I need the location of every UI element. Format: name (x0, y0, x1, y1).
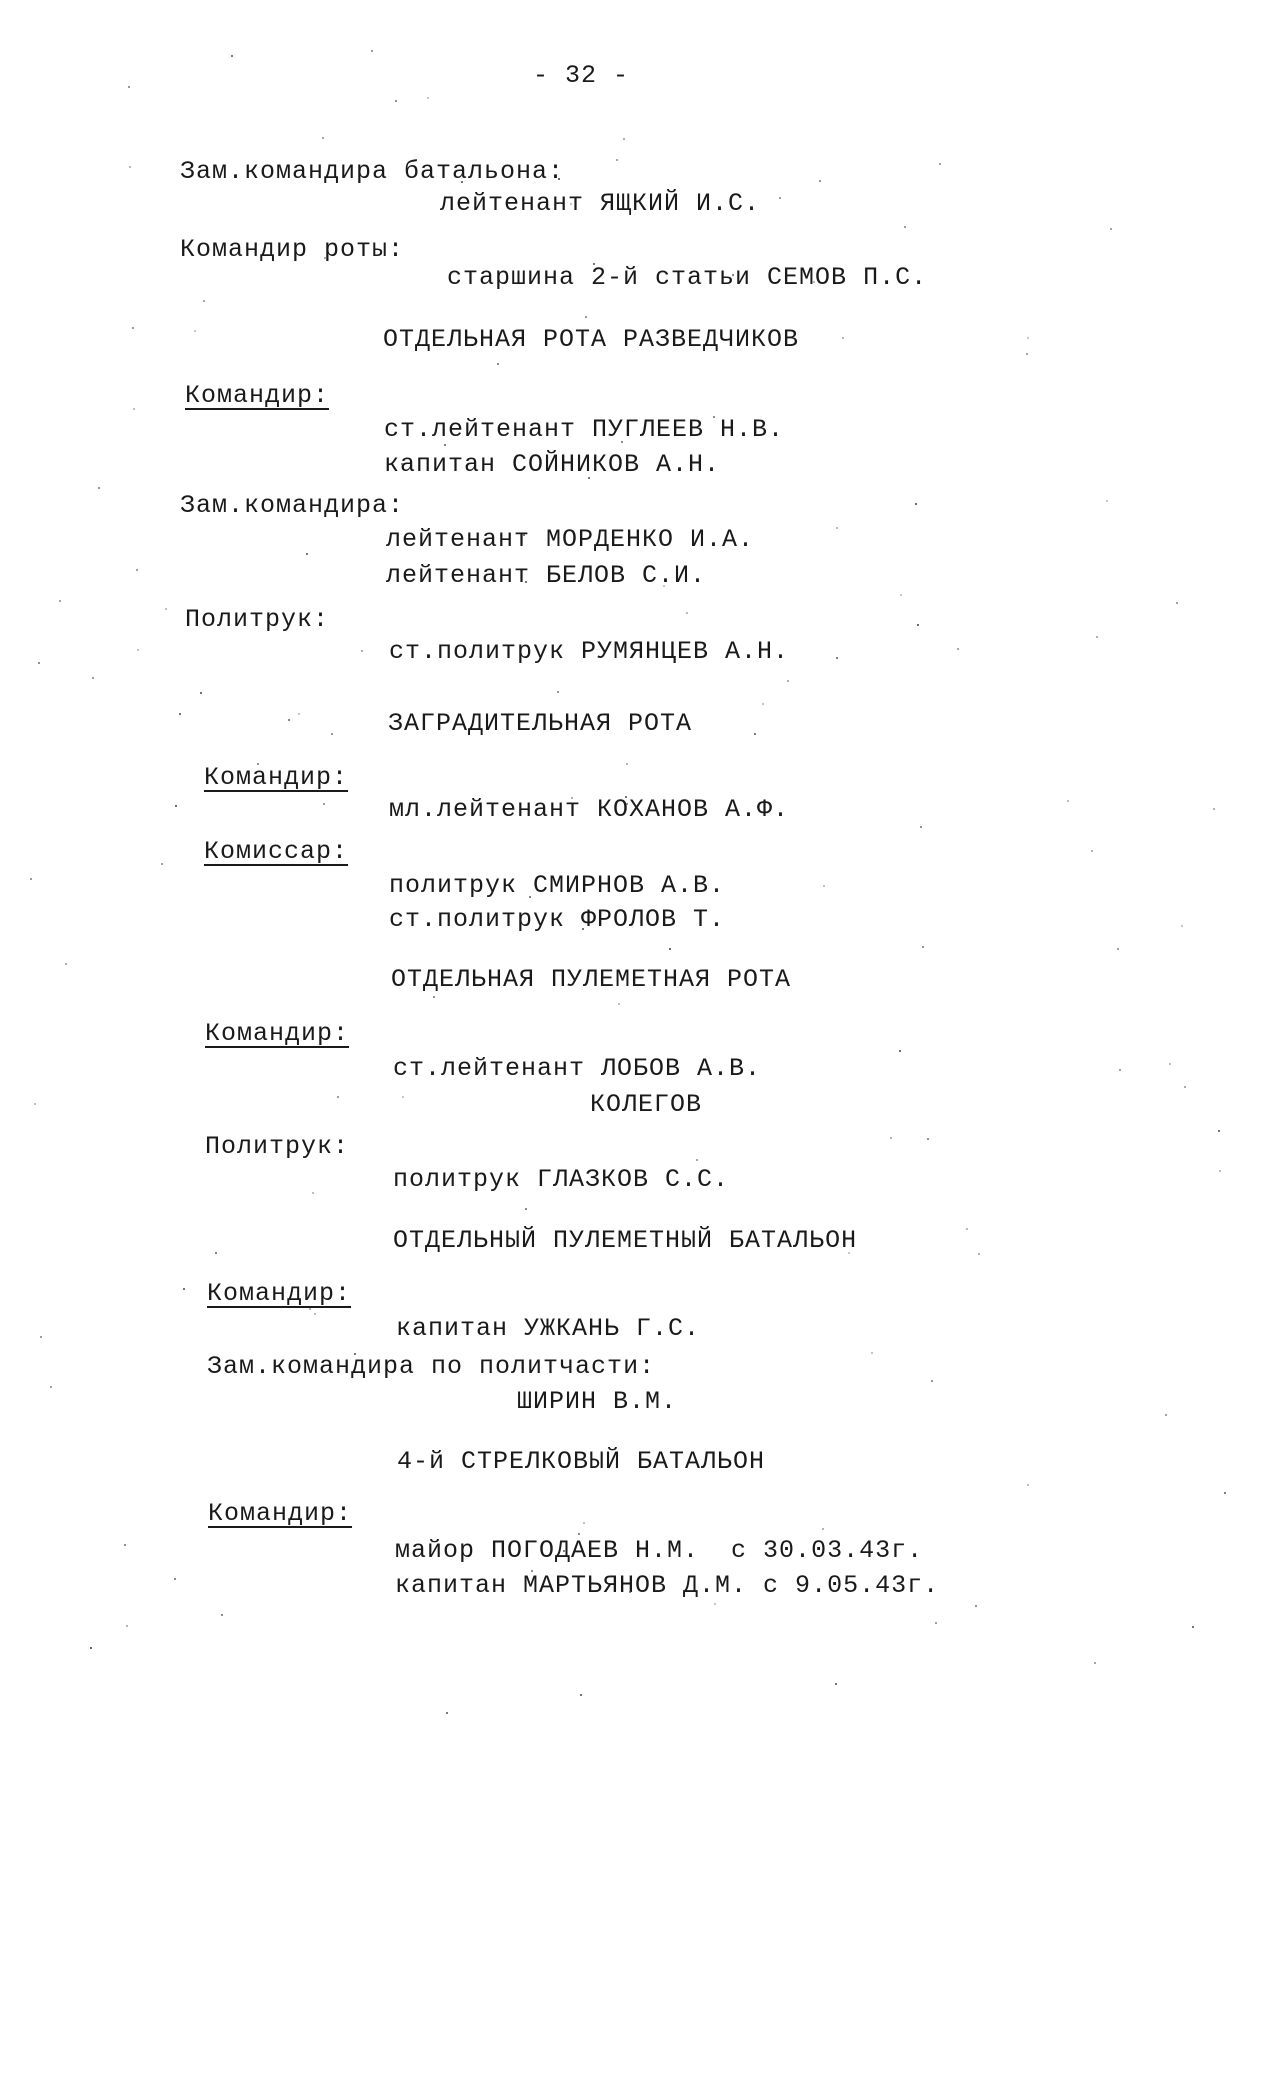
scan-speck (395, 100, 397, 102)
scan-speck (899, 1050, 901, 1052)
scan-speck (563, 1550, 565, 1552)
mg-company-commander-1: ст.лейтенант ЛОБОВ А.В. (393, 1055, 761, 1083)
scan-speck (732, 274, 734, 276)
scan-speck (787, 680, 789, 682)
scan-speck (570, 203, 572, 205)
scan-speck (1213, 808, 1215, 810)
section-title-recon-company: ОТДЕЛЬНАЯ РОТА РАЗВЕДЧИКОВ (383, 326, 799, 354)
scan-speck (1169, 1063, 1171, 1065)
scan-speck (623, 138, 625, 140)
scan-speck (939, 163, 941, 165)
recon-politruk-label: Политрук: (185, 606, 329, 634)
recon-deputy-2: лейтенант БЕЛОВ С.И. (386, 562, 706, 590)
section-title-rifle-battalion-4: 4-й СТРЕЛКОВЫЙ БАТАЛЬОН (397, 1448, 765, 1476)
scan-speck (626, 803, 628, 805)
mg-company-commander-label: Командир: (205, 1020, 349, 1048)
scan-speck (578, 1533, 580, 1535)
scan-speck (433, 996, 435, 998)
scan-speck (822, 1528, 824, 1530)
deputy-battalion-name: лейтенант ЯЩКИЙ И.С. (440, 190, 760, 218)
scan-speck (813, 281, 815, 283)
scan-speck (558, 178, 560, 180)
scan-speck (823, 885, 825, 887)
scan-speck (1192, 1626, 1194, 1628)
barrier-commissar-2: ст.политрук ФРОЛОВ Т. (389, 906, 725, 934)
scan-speck (371, 50, 373, 52)
scan-speck (927, 1138, 929, 1140)
scan-speck (34, 1103, 36, 1105)
scan-speck (324, 257, 326, 259)
section-title-mg-battalion: ОТДЕЛЬНЫЙ ПУЛЕМЕТНЫЙ БАТАЛЬОН (393, 1227, 857, 1255)
scan-speck (129, 166, 131, 168)
scan-speck (65, 963, 67, 965)
rifle-battalion-commander-label: Командир: (208, 1500, 352, 1528)
scan-speck (174, 1578, 176, 1580)
scan-speck (835, 1683, 837, 1685)
recon-deputy-label: Зам.командира: (180, 492, 404, 520)
section-title-mg-company: ОТДЕЛЬНАЯ ПУЛЕМЕТНАЯ РОТА (391, 966, 791, 994)
scan-speck (309, 1308, 311, 1310)
scan-speck (427, 97, 429, 99)
scan-speck (183, 1288, 185, 1290)
recon-politruk-name: ст.политрук РУМЯНЦЕВ А.Н. (389, 638, 789, 666)
scan-speck (331, 733, 333, 735)
mg-battalion-commander-name: капитан УЖКАНЬ Г.С. (396, 1315, 700, 1343)
scan-speck (935, 1622, 937, 1624)
scan-speck (525, 581, 527, 583)
scan-speck (625, 796, 627, 798)
scan-speck (323, 803, 325, 805)
scan-speck (257, 763, 259, 765)
scan-speck (583, 1522, 585, 1524)
scan-speck (1224, 1492, 1226, 1494)
scan-speck (361, 650, 363, 652)
scan-speck (1091, 850, 1093, 852)
scan-speck (696, 1159, 698, 1161)
scan-speck (714, 1603, 716, 1605)
scan-speck (136, 569, 138, 571)
scan-speck (663, 585, 665, 587)
scan-speck (762, 703, 764, 705)
scan-speck (966, 1228, 968, 1230)
scan-speck (1027, 337, 1029, 339)
scan-speck (124, 1544, 126, 1546)
scan-speck (203, 300, 205, 302)
scan-speck (779, 197, 781, 199)
scan-speck (922, 946, 924, 948)
scan-speck (98, 487, 100, 489)
scan-speck (1219, 1170, 1221, 1172)
scan-speck (819, 180, 821, 182)
scan-speck (92, 677, 94, 679)
scan-speck (582, 928, 584, 930)
scan-speck (523, 534, 525, 536)
scan-speck (920, 826, 922, 828)
scan-speck (621, 441, 623, 443)
scan-speck (90, 1647, 92, 1649)
scan-speck (871, 1352, 873, 1354)
scan-speck (337, 1096, 339, 1098)
scan-speck (402, 1096, 404, 1098)
scan-speck (1106, 500, 1108, 502)
scan-speck (221, 1614, 223, 1616)
scan-speck (957, 648, 959, 650)
scan-speck (133, 408, 135, 410)
scan-speck (179, 713, 181, 715)
scan-speck (557, 691, 559, 693)
scan-speck (588, 477, 590, 479)
scan-speck (848, 1252, 850, 1254)
scan-speck (1110, 228, 1112, 230)
scan-speck (322, 137, 324, 139)
scan-speck (571, 797, 573, 799)
scan-speck (30, 878, 32, 880)
scan-speck (137, 649, 139, 651)
scan-speck (215, 1252, 217, 1254)
scan-speck (702, 878, 704, 880)
scan-speck (50, 1386, 52, 1388)
document-page: - 32 - Зам.командира батальона: лейтенан… (0, 0, 1275, 2100)
scan-speck (288, 719, 290, 721)
company-commander-label: Командир роты: (180, 236, 404, 264)
scan-speck (401, 463, 403, 465)
barrier-commissar-label: Комиссар: (204, 838, 348, 866)
mg-company-politruk-label: Политрук: (205, 1133, 349, 1161)
scan-speck (626, 763, 628, 765)
scan-speck (497, 363, 499, 365)
scan-speck (669, 948, 671, 950)
scan-speck (175, 805, 177, 807)
scan-speck (580, 1694, 582, 1696)
scan-speck (38, 662, 40, 664)
scan-speck (126, 1625, 128, 1627)
scan-speck (40, 1336, 42, 1338)
scan-speck (975, 1605, 977, 1607)
scan-speck (165, 608, 167, 610)
scan-speck (1117, 948, 1119, 950)
scan-speck (1184, 1086, 1186, 1088)
scan-speck (529, 896, 531, 898)
scan-speck (231, 55, 233, 57)
scan-speck (1176, 602, 1178, 604)
section-title-barrier-company: ЗАГРАДИТЕЛЬНАЯ РОТА (388, 710, 692, 738)
scan-speck (525, 1208, 527, 1210)
scan-speck (629, 1591, 631, 1593)
scan-speck (890, 1137, 892, 1139)
scan-speck (132, 327, 134, 329)
page-number: - 32 - (533, 62, 629, 90)
scan-speck (306, 553, 308, 555)
scan-speck (314, 1313, 316, 1315)
mg-battalion-deputy-pol-name: ШИРИН В.М. (517, 1388, 677, 1416)
recon-commander-label: Командир: (185, 382, 329, 410)
scan-speck (915, 503, 917, 505)
scan-speck (978, 1253, 980, 1255)
scan-speck (842, 337, 844, 339)
scan-speck (559, 202, 561, 204)
mg-battalion-deputy-pol-label: Зам.командира по политчасти: (207, 1353, 655, 1381)
mg-battalion-commander-label: Командир: (207, 1280, 351, 1308)
rifle-battalion-commander-2: капитан МАРТЬЯНОВ Д.М. с 9.05.43г. (395, 1572, 939, 1600)
company-commander-name: старшина 2-й статьи СЕМОВ П.С. (447, 264, 927, 292)
recon-deputy-1: лейтенант МОРДЕНКО И.А. (386, 526, 754, 554)
scan-speck (616, 159, 618, 161)
barrier-commander-label: Командир: (204, 764, 348, 792)
scan-speck (1165, 1414, 1167, 1416)
scan-speck (461, 181, 463, 183)
scan-speck (298, 713, 300, 715)
scan-speck (904, 226, 906, 228)
scan-speck (917, 624, 919, 626)
scan-speck (1119, 1069, 1121, 1071)
scan-speck (1181, 925, 1183, 927)
barrier-commander-name: мл.лейтенант КОХАНОВ А.Ф. (389, 796, 789, 824)
scan-speck (1218, 1130, 1220, 1132)
scan-speck (128, 86, 130, 88)
scan-speck (593, 263, 595, 265)
recon-commander-2: капитан СОЙНИКОВ А.Н. (384, 451, 720, 479)
scan-speck (754, 733, 756, 735)
scan-speck (312, 1192, 314, 1194)
scan-speck (836, 657, 838, 659)
scan-speck (931, 1380, 933, 1382)
mg-company-commander-2: КОЛЕГОВ (590, 1091, 702, 1119)
scan-speck (200, 692, 202, 694)
scan-speck (531, 1570, 533, 1572)
scan-speck (585, 316, 587, 318)
scan-speck (618, 1003, 620, 1005)
scan-speck (59, 600, 61, 602)
scan-speck (713, 416, 715, 418)
scan-speck (1067, 800, 1069, 802)
recon-commander-1: ст.лейтенант ПУГЛЕЕВ Н.В. (384, 416, 784, 444)
scan-speck (767, 969, 769, 971)
scan-speck (446, 1712, 448, 1714)
scan-speck (354, 1353, 356, 1355)
scan-speck (194, 330, 196, 332)
scan-speck (1026, 353, 1028, 355)
scan-speck (444, 444, 446, 446)
scan-speck (900, 594, 902, 596)
scan-speck (1094, 1662, 1096, 1664)
mg-company-politruk-name: политрук ГЛАЗКОВ С.С. (393, 1166, 729, 1194)
barrier-commissar-1: политрук СМИРНОВ А.В. (389, 872, 725, 900)
deputy-battalion-label: Зам.командира батальона: (180, 158, 564, 186)
scan-speck (1027, 1484, 1029, 1486)
scan-speck (836, 527, 838, 529)
rifle-battalion-commander-1: майор ПОГОДАЕВ Н.М. с 30.03.43г. (395, 1537, 923, 1565)
scan-speck (1096, 636, 1098, 638)
scan-speck (686, 612, 688, 614)
scan-speck (161, 863, 163, 865)
